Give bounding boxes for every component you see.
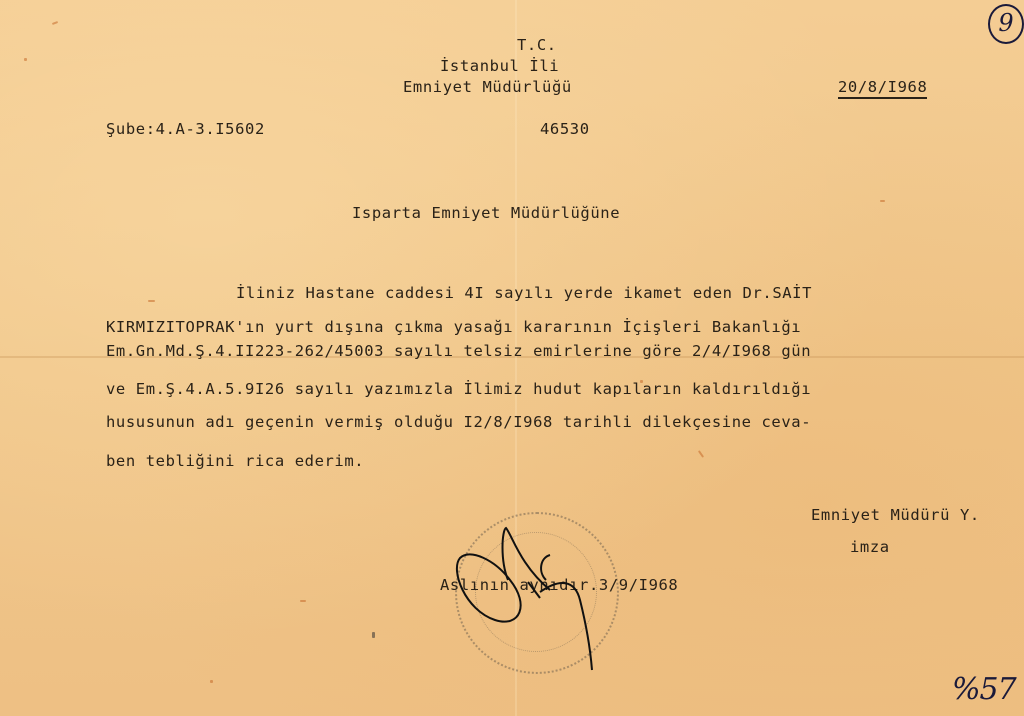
signature-title: Emniyet Müdürü Y. (811, 506, 980, 524)
header-city: İstanbul İli (440, 57, 559, 75)
handwritten-note: %57 (952, 672, 1016, 707)
body-line: ben tebliğini rica ederim. (106, 452, 364, 470)
handwritten-signature-icon (440, 520, 640, 680)
page-number-circled: 9 (988, 4, 1024, 44)
paper-speck (880, 200, 885, 202)
paper-speck (24, 58, 27, 61)
reference-number: 46530 (540, 120, 590, 138)
body-line: hususunun adı geçenin vermiş olduğu I2/8… (106, 413, 811, 431)
paper-speck (148, 300, 155, 302)
recipient: Isparta Emniyet Müdürlüğüne (352, 204, 620, 222)
header-department: Emniyet Müdürlüğü (403, 78, 572, 96)
paper-speck (210, 680, 213, 683)
signature-imza: imza (850, 538, 890, 556)
body-line: ve Em.Ş.4.A.5.9I26 sayılı yazımızla İlim… (106, 380, 811, 398)
paper-speck (372, 632, 375, 638)
body-line: Em.Gn.Md.Ş.4.II223-262/45003 sayılı tels… (106, 342, 811, 360)
body-line: İliniz Hastane caddesi 4I sayılı yerde i… (236, 284, 812, 302)
reference-sube: Şube:4.A-3.I5602 (106, 120, 265, 138)
paper-speck (300, 600, 306, 602)
body-line: KIRMIZITOPRAK'ın yurt dışına çıkma yasağ… (106, 318, 801, 336)
header-tc: T.C. (517, 36, 557, 54)
document-date: 20/8/I968 (838, 78, 927, 99)
